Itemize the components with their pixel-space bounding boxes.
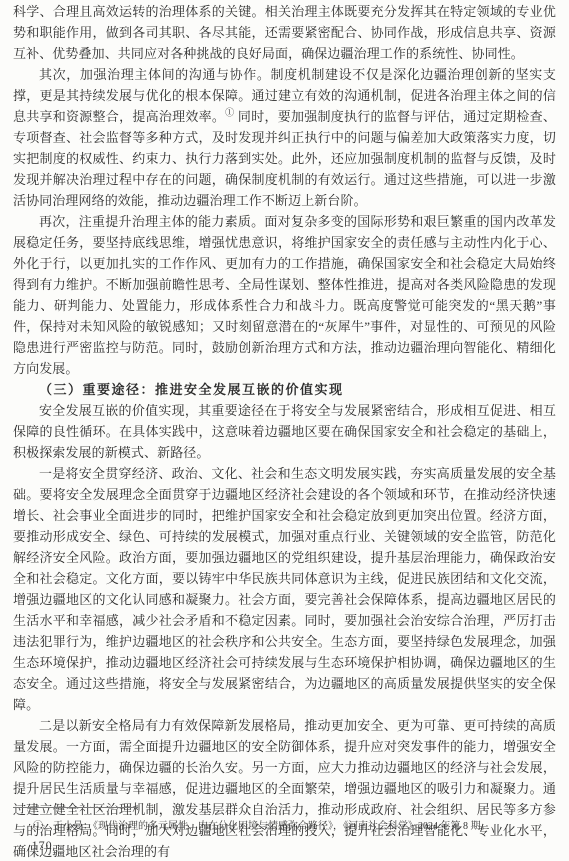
paragraph: 再次，注重提升治理主体的能力素质。面对复杂多变的国际形势和艰巨繁重的国内改革发展… <box>13 211 556 379</box>
page-number-value: 170 <box>32 838 53 852</box>
footnote-divider <box>13 807 138 808</box>
document-page: 科学、合理且高效运转的治理体系的关键。相关治理主体既要充分发挥其在特定领域的专业… <box>0 0 569 861</box>
paragraph: 科学、合理且高效运转的治理体系的关键。相关治理主体既要充分发挥其在特定领域的专业… <box>13 1 556 64</box>
paragraph: 安全发展互嵌的价值实现，其重要途径在于将安全与发展紧密结合，形成相互促进、相互保… <box>13 400 556 463</box>
footnote-marker: ① <box>33 821 43 832</box>
section-heading: （三）重要途径：推进安全发展互嵌的价值实现 <box>13 379 556 400</box>
paragraph: 一是将安全贯穿经济、政治、文化、社会和生态文明发展实践，夯实高质量发展的安全基础… <box>13 463 556 715</box>
text-column: 科学、合理且高效运转的治理体系的关键。相关治理主体既要充分发挥其在特定领域的专业… <box>13 1 556 861</box>
paragraph: 其次，加强治理主体间的沟通与协作。制度机制建设不仅是深化边疆治理创新的坚实支撑，… <box>13 64 556 211</box>
page-number-left-dot: · <box>23 840 28 852</box>
footnote-ref[interactable]: ① <box>225 108 234 118</box>
footnote: ①于小曼：《现代治理的多元属性、内在分化困境与情感弥合路径》，《河南社会科学》2… <box>13 820 556 834</box>
page-number-right-dot: · <box>57 840 62 852</box>
paragraph: 二是以新安全格局有力有效保障新发展格局，推动更加安全、更为可靠、更可持续的高质量… <box>13 715 556 861</box>
page-number: ·170· <box>19 838 65 853</box>
footnote-text: 于小曼：《现代治理的多元属性、内在分化困境与情感弥合路径》，《河南社会科学》20… <box>53 821 491 832</box>
